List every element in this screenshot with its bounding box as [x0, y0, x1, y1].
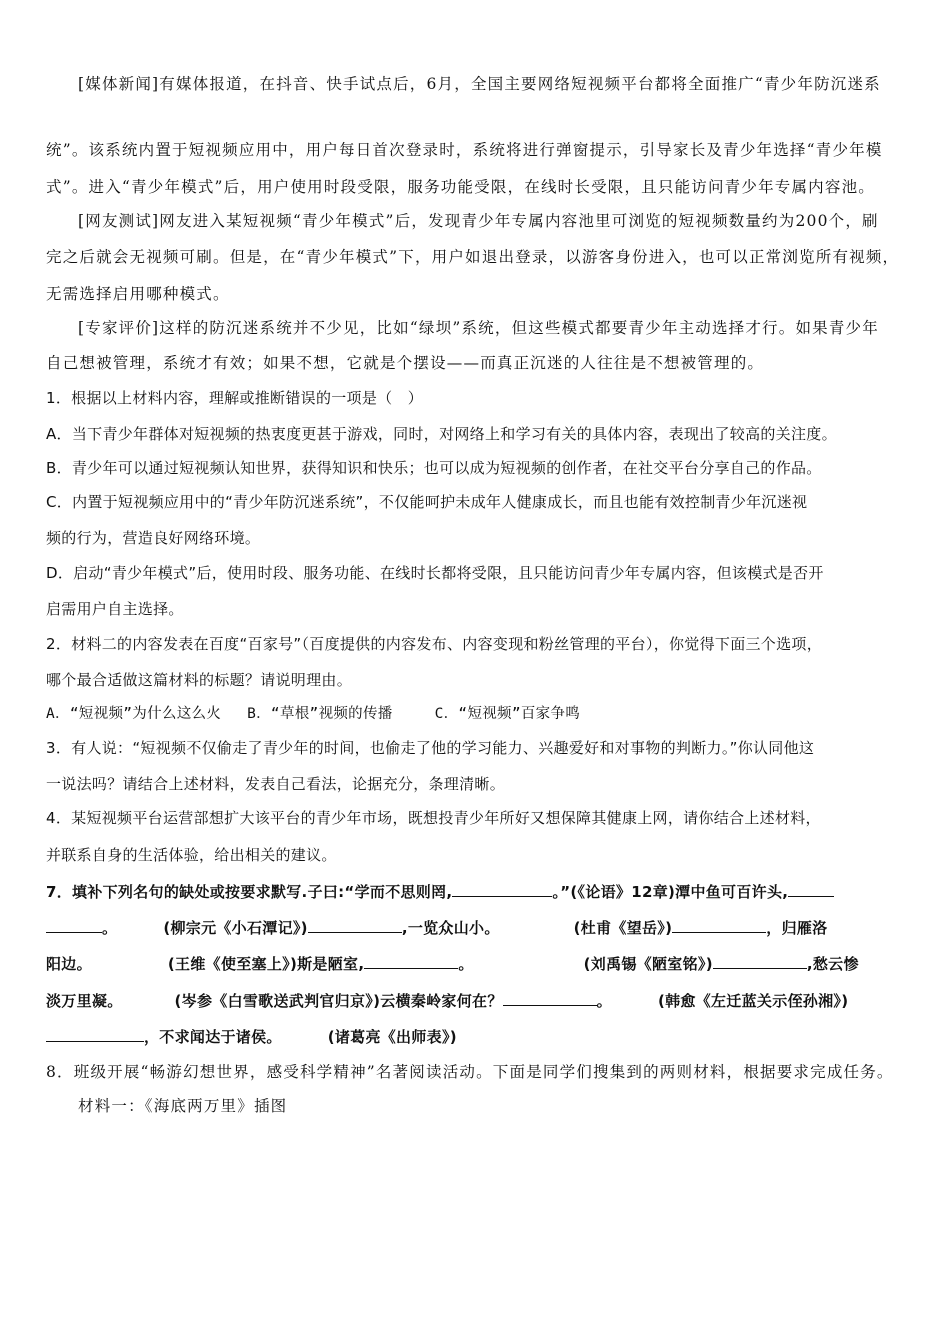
media-news-line-1: [媒体新闻]有媒体报道，在抖音、快手试点后，6月，全国主要网络短视频平台都将全面…: [78, 74, 910, 94]
fill-blank-8[interactable]: [46, 1026, 144, 1042]
q2-stem-line-1: 2．材料二的内容发表在百度“百家号”（百度提供的内容发布、内容变现和粉丝管理的平…: [46, 634, 910, 654]
q2-stem-line-2: 哪个最合适做这篇材料的标题？请说明理由。: [46, 670, 910, 690]
fill-blank-6[interactable]: [713, 953, 807, 969]
q4-stem-line-2: 并联系自身的生活体验，给出相关的建议。: [46, 845, 910, 865]
q1-option-c-line-2: 频的行为，营造良好网络环境。: [46, 528, 910, 548]
q7-line-2: 。(柳宗元《小石潭记》),一览众山小。(杜甫《望岳》)，归雁洛: [46, 917, 910, 938]
q1-option-d-line-1: D．启动“青少年模式”后，使用时段、服务功能、在线时长都将受限，且只能访问青少年…: [46, 563, 910, 583]
fill-blank-2[interactable]: [788, 881, 834, 897]
netizen-test-line-2: 完之后就会无视频可刷。但是，在“青少年模式”下，用户如退出登录，以游客身份进入，…: [46, 247, 910, 267]
q1-option-d-line-2: 启需用户自主选择。: [46, 599, 910, 619]
q8-stem: 8．班级开展“畅游幻想世界，感受科学精神”名著阅读活动。下面是同学们搜集到的两则…: [46, 1062, 910, 1082]
expert-review-line-1: [专家评价]这样的防沉迷系统并不少见，比如“绿坝”系统，但这些模式都要青少年主动…: [78, 318, 910, 338]
q8-material-one: 材料一：《海底两万里》插图: [78, 1096, 942, 1116]
expert-review-label: [专家评价]: [78, 319, 159, 337]
q1-option-c-line-1: C．内置于短视频应用中的“青少年防沉迷系统”，不仅能呵护未成年人健康成长，而且也…: [46, 492, 910, 512]
q7-line-1: 7．填补下列名句的缺处或按要求默写.子曰:“学而不思则罔,。”(《论语》12章)…: [46, 881, 910, 902]
fill-blank-3[interactable]: [308, 917, 402, 933]
q2-option-a: A．“短视频”为什么这么火: [46, 706, 221, 722]
fill-blank-4[interactable]: [672, 917, 766, 933]
q7-line-3: 阳边。(王维《使至塞上》)斯是陋室,。(刘禹锡《陋室铭》),愁云惨: [46, 953, 910, 974]
fill-blank-5[interactable]: [364, 953, 458, 969]
q7-line-5: ，不求闻达于诸侯。(诸葛亮《出师表》): [46, 1026, 910, 1047]
q4-stem-line-1: 4．某短视频平台运营部想扩大该平台的青少年市场，既想投青少年所好又想保障其健康上…: [46, 808, 910, 828]
q3-stem-line-2: 一说法吗？请结合上述材料，发表自己看法，论据充分，条理清晰。: [46, 774, 910, 794]
netizen-test-label: [网友测试]: [78, 212, 159, 230]
media-news-line-2: 统”。该系统内置于短视频应用中，用户每日首次登录时，系统将进行弹窗提示，引导家长…: [46, 140, 910, 160]
q1-option-a: A．当下青少年群体对短视频的热衷度更甚于游戏，同时，对网络上和学习有关的具体内容…: [46, 424, 910, 444]
netizen-test-line-3: 无需选择启用哪种模式。: [46, 284, 910, 304]
q2-option-b: B．“草根”视频的传播: [247, 706, 393, 722]
q7-line-4: 淡万里凝。(岑参《白雪歌送武判官归京》)云横秦岭家何在？。(韩愈《左迁蓝关示侄孙…: [46, 990, 910, 1011]
expert-review-line-2: 自己想被管理，系统才有效；如果不想，它就是个摆设——而真正沉迷的人往往是不想被管…: [46, 353, 910, 373]
q1-option-b: B．青少年可以通过短视频认知世界，获得知识和快乐；也可以成为短视频的创作者，在社…: [46, 458, 910, 478]
q2-options: A．“短视频”为什么这么火B．“草根”视频的传播C．“短视频”百家争鸣: [46, 704, 910, 724]
netizen-test-line-1: [网友测试]网友进入某短视频“青少年模式”后，发现青少年专属内容池里可浏览的短视…: [78, 211, 910, 231]
media-news-label: [媒体新闻]: [78, 75, 159, 93]
media-news-line-3: 式”。进入“青少年模式”后，用户使用时段受限，服务功能受限，在线时长受限，且只能…: [46, 177, 910, 197]
fill-blank-2-cont[interactable]: [46, 917, 102, 933]
fill-blank-1[interactable]: [452, 881, 552, 897]
q3-stem-line-1: 3．有人说：“短视频不仅偷走了青少年的时间，也偷走了他的学习能力、兴趣爱好和对事…: [46, 738, 910, 758]
fill-blank-7[interactable]: [503, 990, 597, 1006]
q1-stem: 1．根据以上材料内容，理解或推断错误的一项是（ ）: [46, 388, 910, 408]
q2-option-c: C．“短视频”百家争鸣: [435, 706, 581, 722]
exam-page: [媒体新闻]有媒体报道，在抖音、快手试点后，6月，全国主要网络短视频平台都将全面…: [0, 0, 950, 1344]
